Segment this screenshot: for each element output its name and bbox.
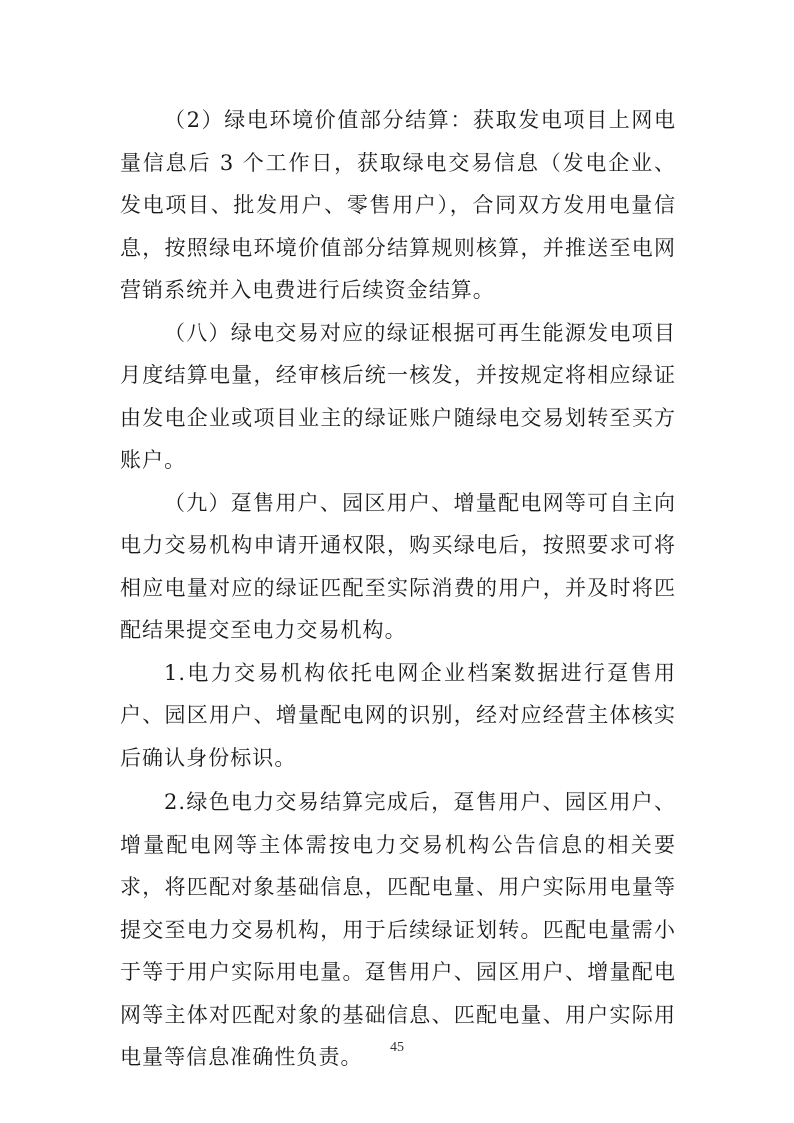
- page-number: 45: [0, 1040, 794, 1056]
- paragraph-section-9-matching: （九）趸售用户、园区用户、增量配电网等可自主向电力交易机构申请开通权限，购买绿电…: [120, 482, 676, 652]
- paragraph-item-2-submission: 2.绿色电力交易结算完成后，趸售用户、园区用户、增量配电网等主体需按电力交易机构…: [120, 781, 676, 1079]
- paragraph-env-value-settlement: （2）绿电环境价值部分结算：获取发电项目上网电量信息后 3 个工作日，获取绿电交…: [120, 99, 676, 312]
- document-body: （2）绿电环境价值部分结算：获取发电项目上网电量信息后 3 个工作日，获取绿电交…: [120, 99, 676, 1079]
- paragraph-item-1-identification: 1.电力交易机构依托电网企业档案数据进行趸售用户、园区用户、增量配电网的识别，经…: [120, 652, 676, 780]
- paragraph-section-8-green-certificate: （八）绿电交易对应的绿证根据可再生能源发电项目月度结算电量，经审核后统一核发，并…: [120, 312, 676, 482]
